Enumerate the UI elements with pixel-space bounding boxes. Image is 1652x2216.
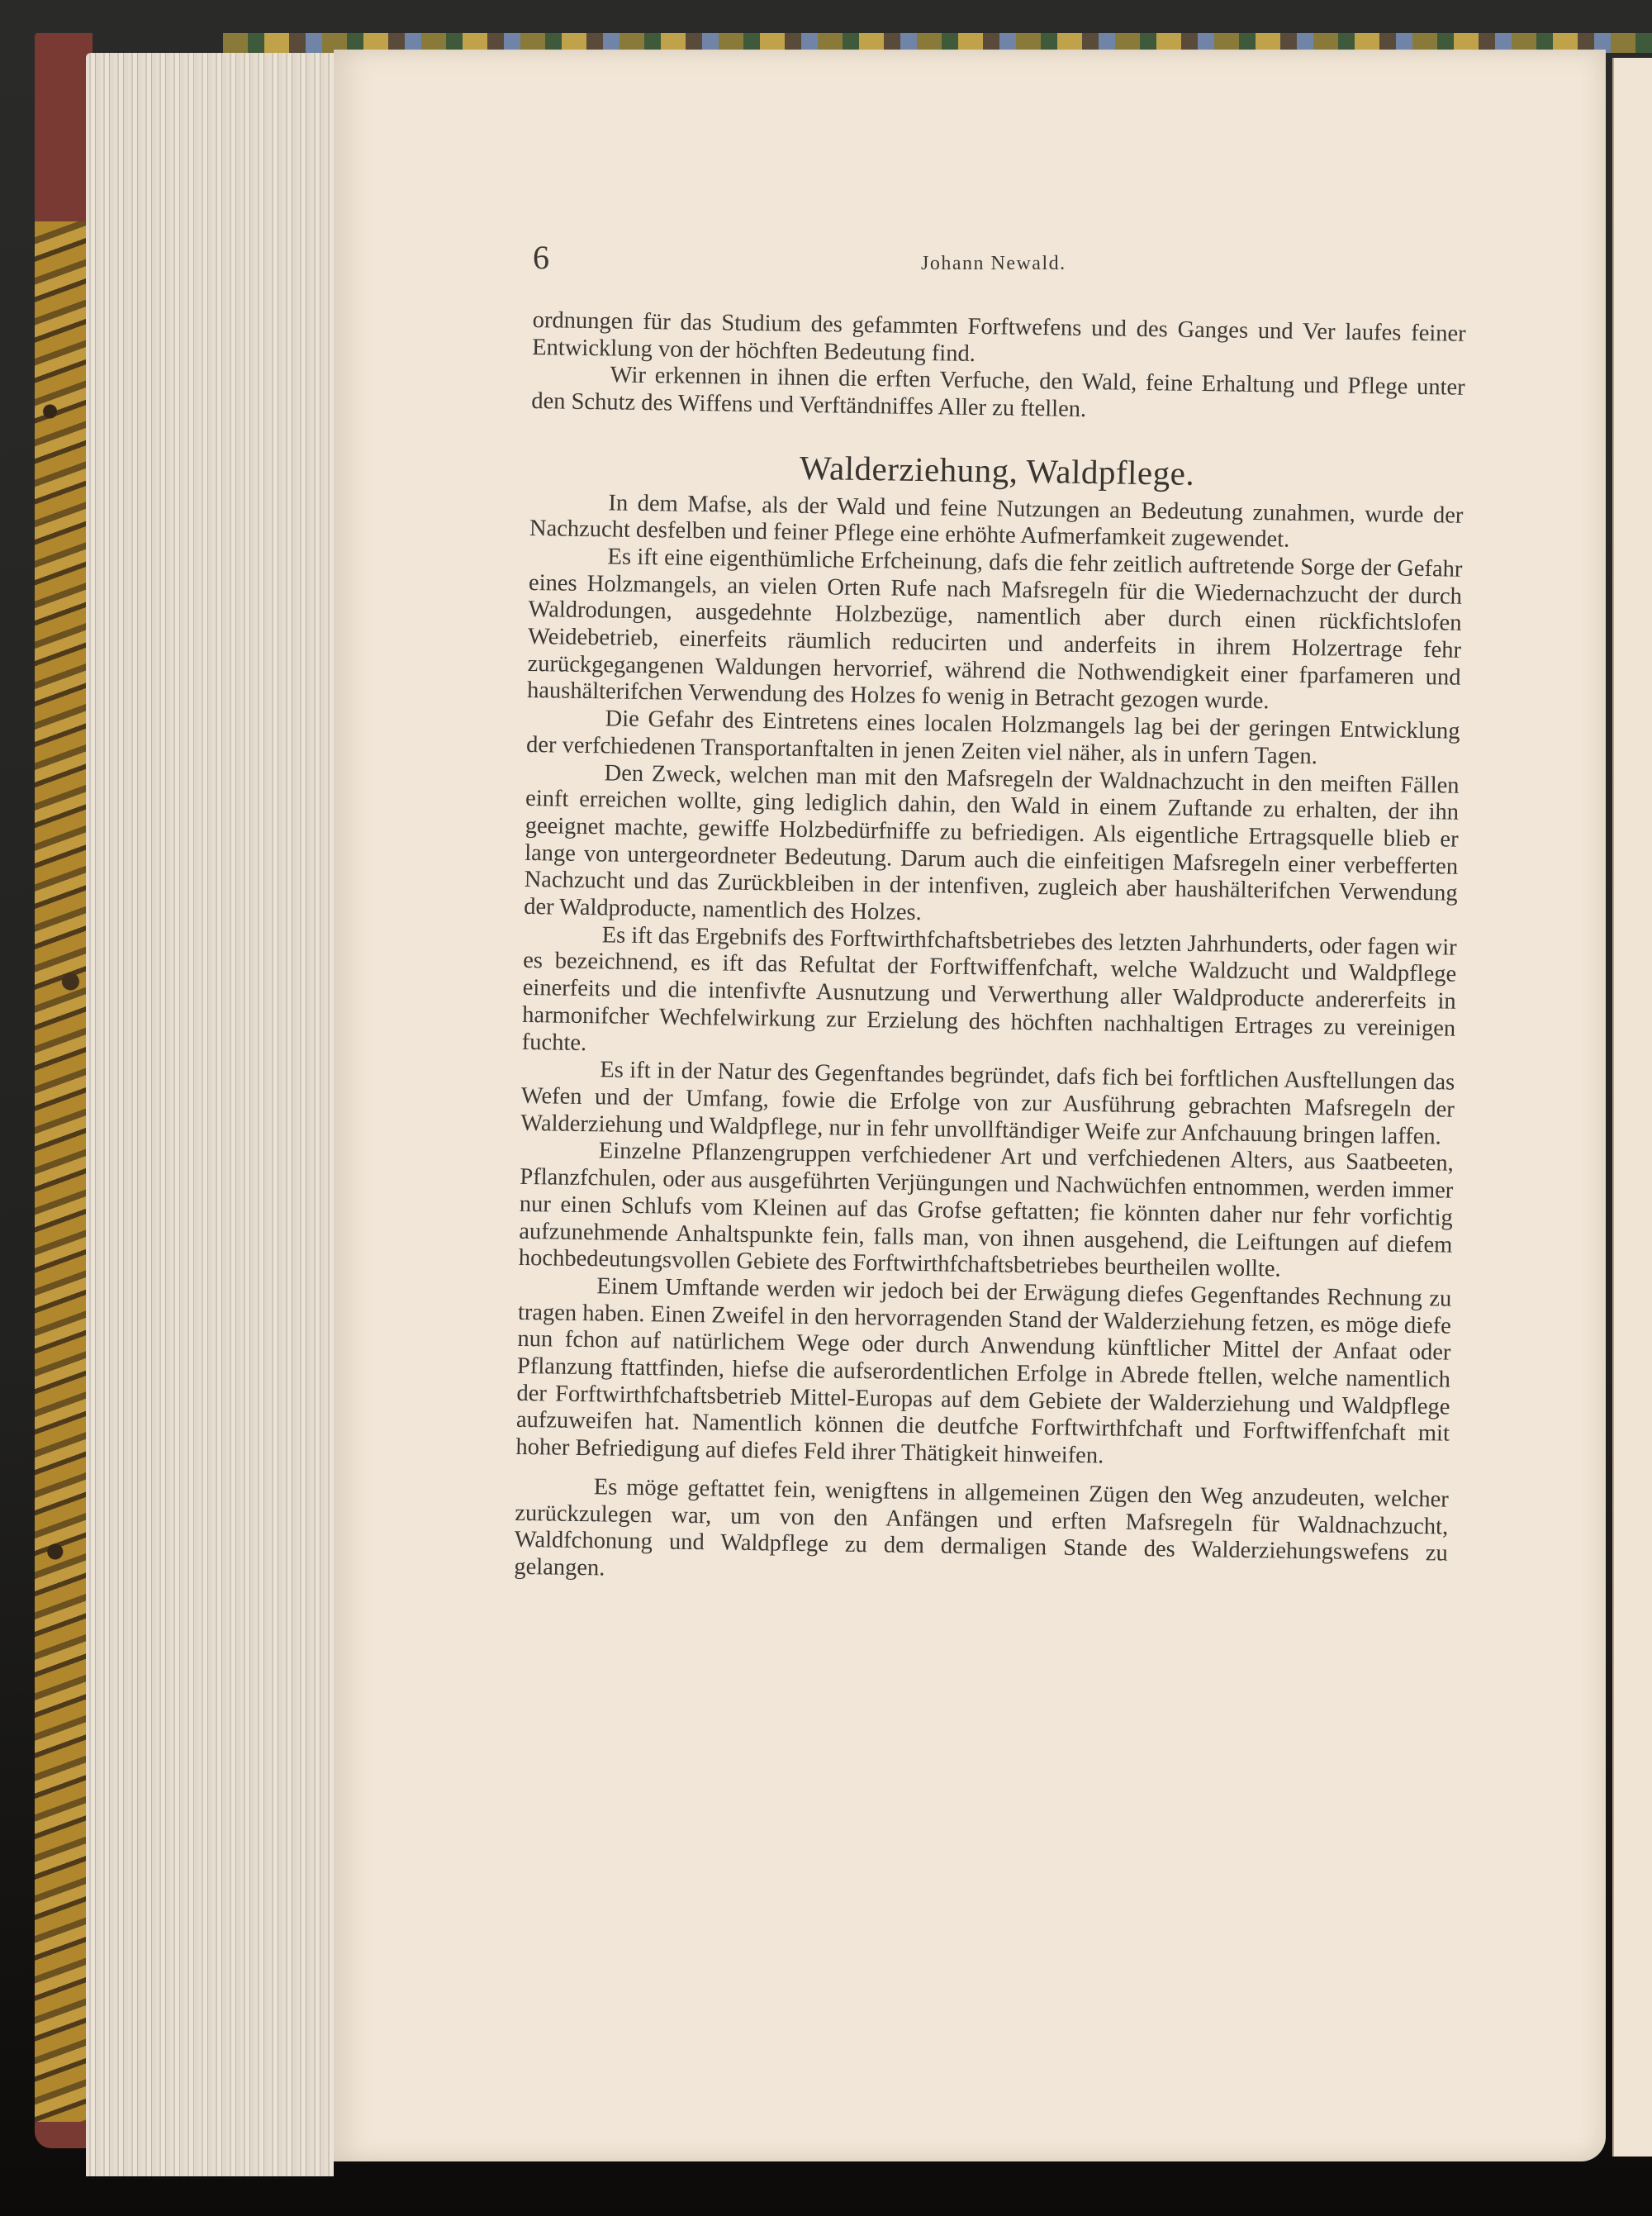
paragraph: Einem Umftande werden wir jedoch bei der… <box>515 1272 1451 1476</box>
section-heading: Walderziehung, Waldpflege. <box>530 450 1464 491</box>
page-block-edge <box>86 53 334 2176</box>
facing-page-edge <box>1612 58 1652 2157</box>
paragraph: Es ift eine eigenthümliche Erfcheinung, … <box>527 543 1463 719</box>
paragraph: Einzelne Pflanzengruppen verfchiedener A… <box>519 1137 1454 1286</box>
book-cover-marbled-board <box>35 221 86 2122</box>
body-text: ordnungen für das Studium des gefammten … <box>514 307 1466 1595</box>
paragraph: Es möge geftattet fein, wenigftens in al… <box>514 1473 1449 1595</box>
running-head: 6 Johann Newald. <box>533 238 1524 288</box>
paragraph: Es ift das Ergebnifs des Forftwirthfchaf… <box>522 921 1457 1070</box>
paragraph: Den Zweck, welchen man mit den Mafsregel… <box>524 758 1460 934</box>
page-number: 6 <box>533 238 549 277</box>
running-title: Johann Newald. <box>921 253 1066 275</box>
paragraph: Es ift in der Natur des Gegenftandes beg… <box>520 1056 1455 1151</box>
